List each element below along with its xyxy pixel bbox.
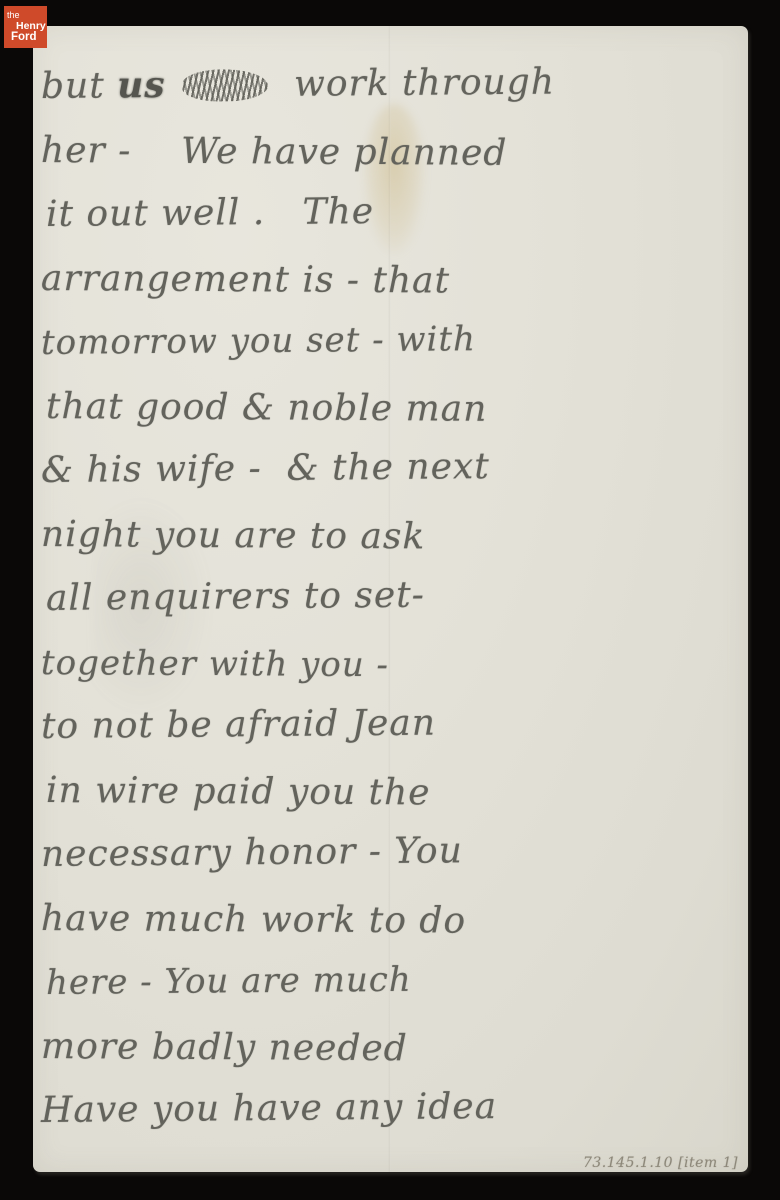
- henry-ford-logo: the Henry Ford: [4, 6, 47, 48]
- handwriting-line: it out well . The: [41, 177, 745, 247]
- scan-background: but us work throughher - We have planned…: [0, 0, 780, 1200]
- handwriting-line: & his wife - & the next: [41, 433, 745, 503]
- handwriting-line: but us work through: [41, 48, 745, 119]
- letter-paper: but us work throughher - We have planned…: [33, 26, 748, 1172]
- letter-lines: but us work throughher - We have planned…: [41, 54, 744, 1143]
- handwriting-line: Have you have any idea: [41, 1073, 745, 1143]
- logo-the: the: [7, 11, 47, 20]
- handwriting-line: all enquirers to set-: [41, 561, 745, 631]
- handwriting-line: tomorrow you set - with: [41, 305, 745, 375]
- handwriting-line: here - You are much: [41, 945, 745, 1015]
- scribbled-out-word: [181, 69, 267, 102]
- handwriting-line: necessary honor - You: [41, 817, 745, 887]
- logo-ford: Ford: [11, 32, 47, 43]
- logo-henry: Henry: [16, 21, 47, 31]
- catalog-number: 73.145.1.10 [item 1]: [583, 1155, 738, 1171]
- handwriting-line: to not be afraid Jean: [41, 689, 745, 759]
